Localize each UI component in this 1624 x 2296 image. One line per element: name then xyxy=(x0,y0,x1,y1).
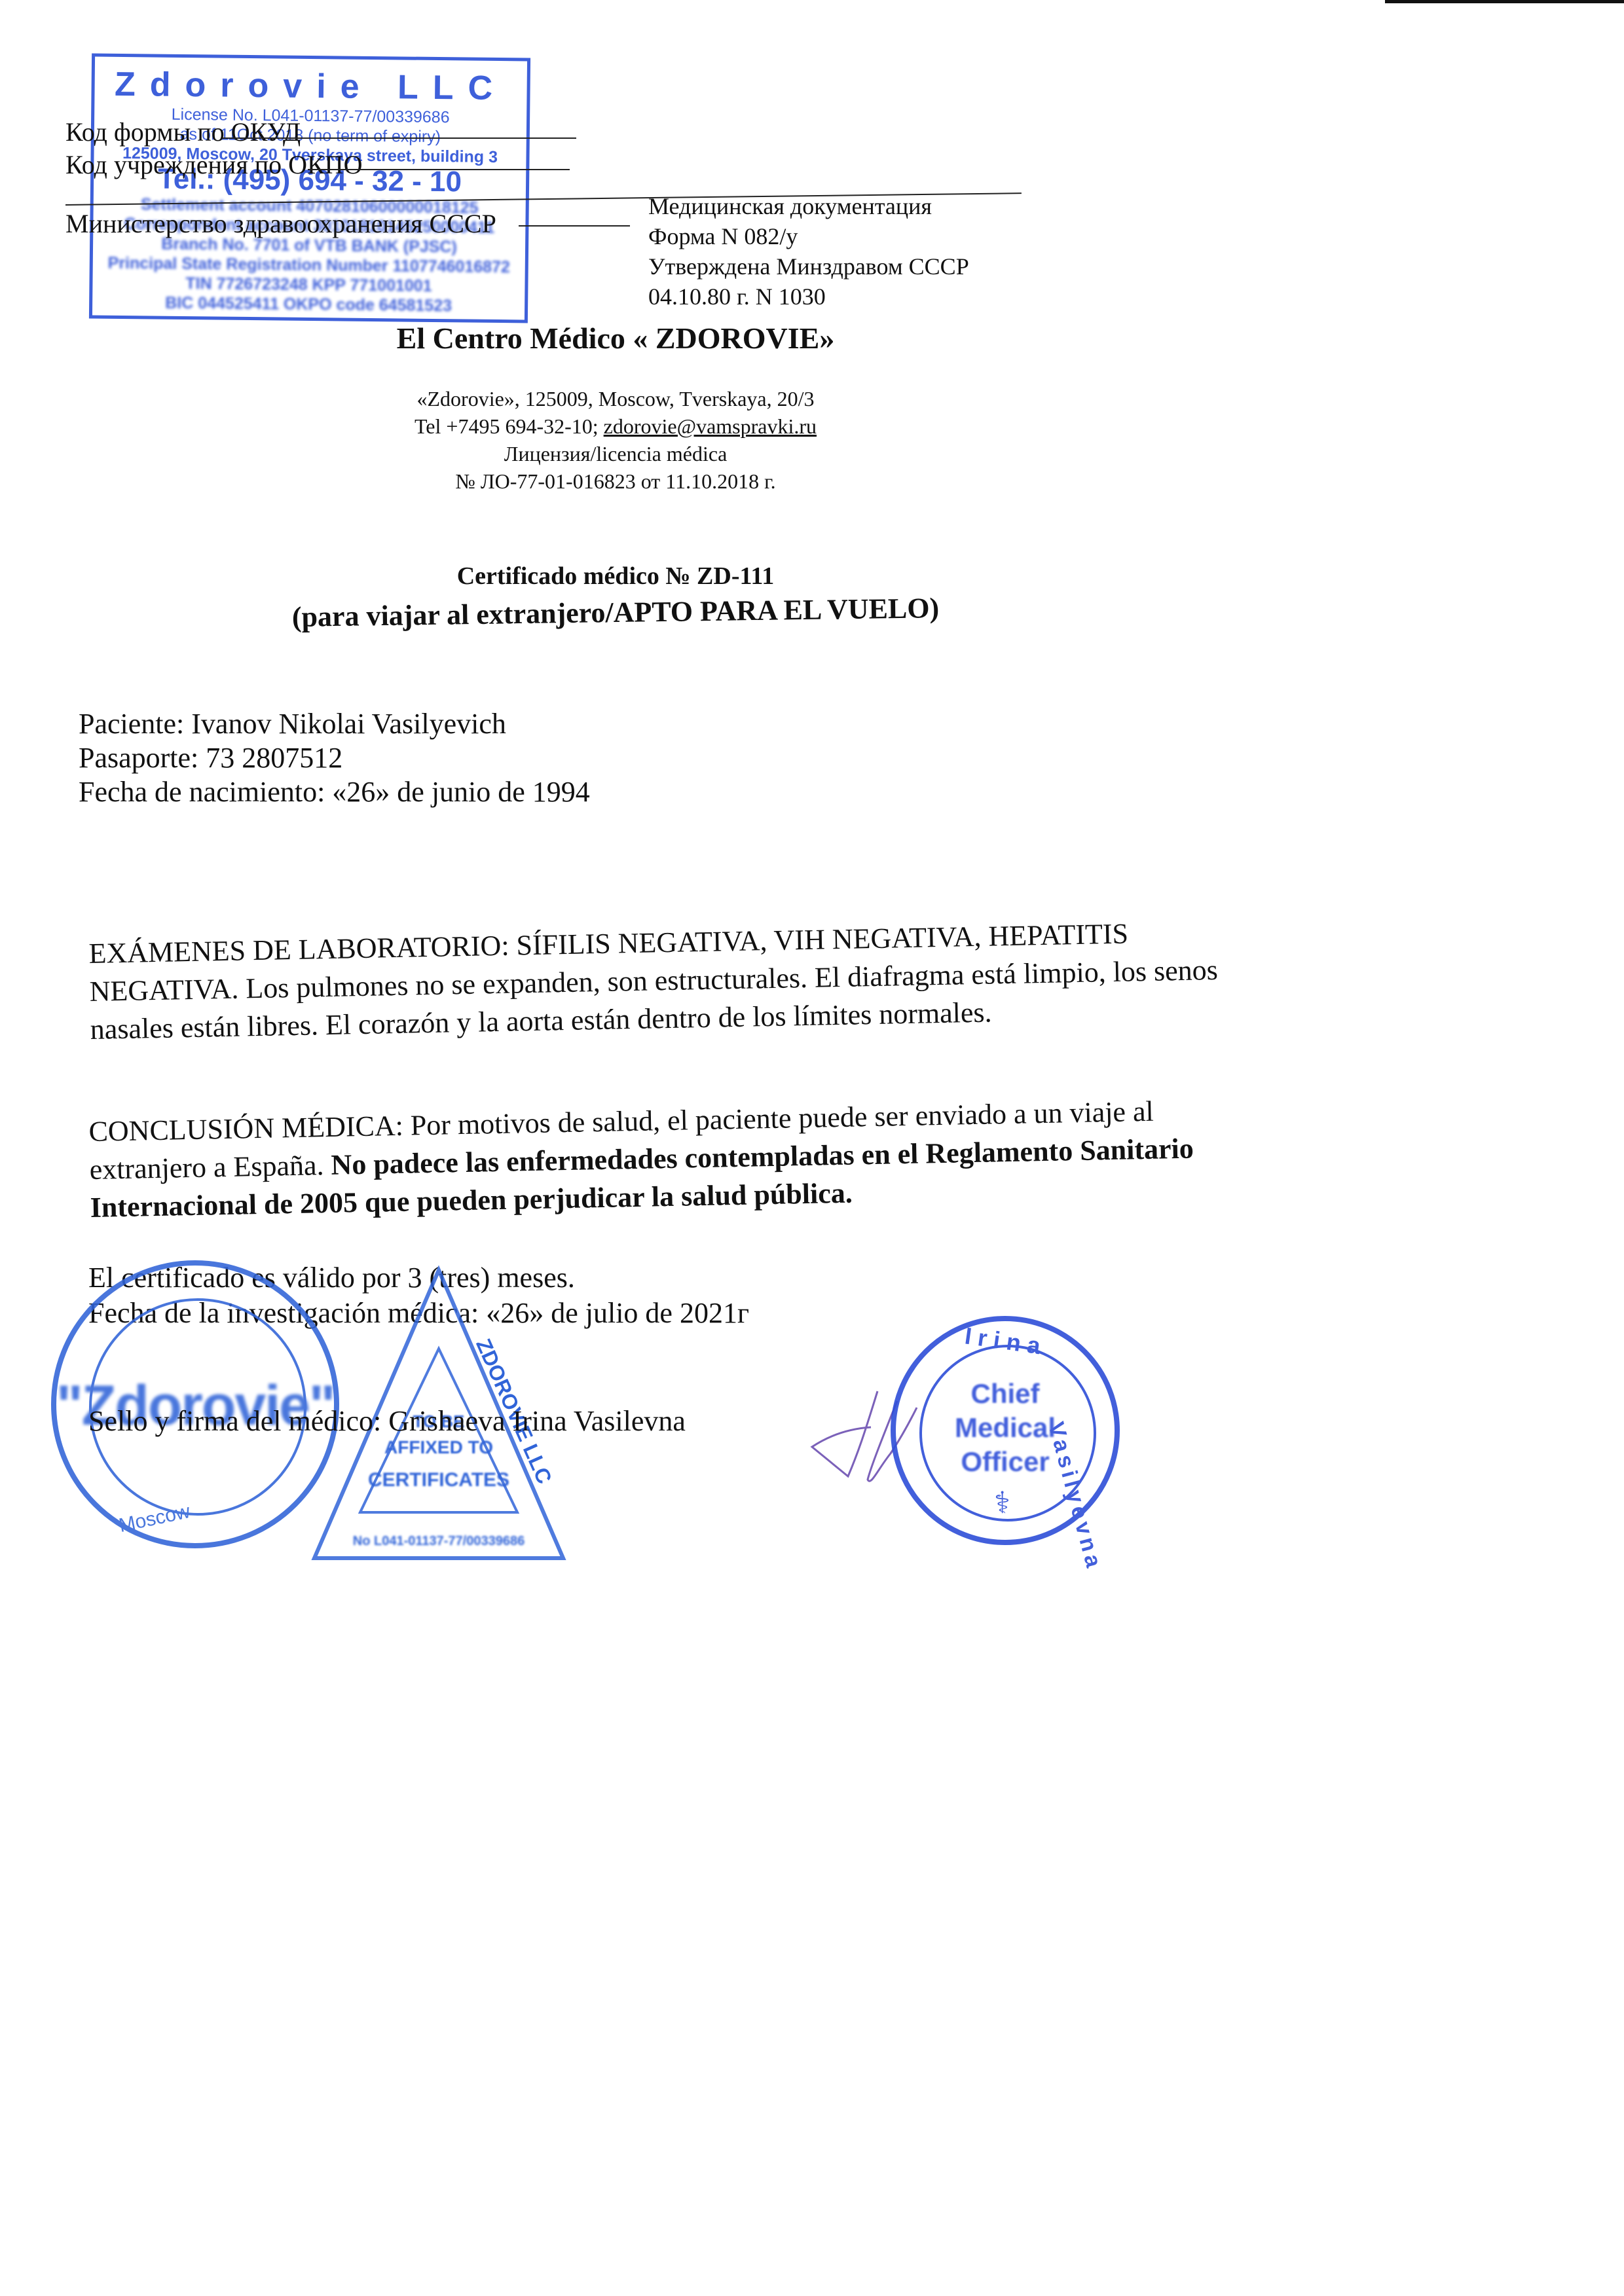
form-info-line: Медицинская документация xyxy=(648,191,969,221)
okpo-label: Код учреждения по ОКПО xyxy=(65,149,362,180)
clinic-email-link[interactable]: zdorovie@vamspravki.ru xyxy=(604,414,817,438)
patient-name: Paciente: Ivanov Nikolai Vasilyevich xyxy=(79,707,590,741)
stamp-bic-okpo: BIC 044525411 OKPO code 64581523 xyxy=(92,293,525,317)
svg-text:No L041-01137-77/00339686: No L041-01137-77/00339686 xyxy=(353,1534,525,1548)
form-info-line: 04.10.80 г. N 1030 xyxy=(648,282,969,312)
medical-conclusion: CONCLUSIÓN MÉDICA: Por motivos de salud,… xyxy=(88,1090,1269,1227)
clinic-address-block: «Zdorovie», 125009, Moscow, Tverskaya, 2… xyxy=(0,385,1231,495)
clinic-license-number: № ЛО-77-01-016823 от 11.10.2018 г. xyxy=(0,467,1231,495)
svg-text:CERTIFICATES: CERTIFICATES xyxy=(368,1469,509,1491)
company-rectangular-stamp: Zdorovie LLC License No. L041-01137-77/0… xyxy=(89,54,530,323)
certificate-subtitle: (para viajar al extranjero/APTO PARA EL … xyxy=(0,587,1231,638)
ministry-rule xyxy=(519,225,630,227)
clinic-license-label: Лицензия/licencia médica xyxy=(0,440,1231,467)
doctor-stamp-role: Chief Medical Officer xyxy=(896,1377,1115,1479)
patient-passport: Pasaporte: 73 2807512 xyxy=(79,741,590,775)
clinic-title: El Centro Médico « ZDOROVIE» xyxy=(0,321,1231,355)
doctor-signature-line: Sello y firma del médico: Grishaeva Irin… xyxy=(88,1404,686,1438)
certificate-title: Certificado médico № ZD-111 xyxy=(0,562,1231,591)
svg-text:AFFIXED TO: AFFIXED TO xyxy=(384,1437,493,1457)
lab-results: EXÁMENES DE LABORATORIO: SÍFILIS NEGATIV… xyxy=(88,912,1269,1049)
stamp-company-name: Zdorovie LLC xyxy=(94,65,527,109)
clinic-phone: Tel +7495 694-32-10; xyxy=(415,414,604,438)
form-info-line: Форма N 082/у xyxy=(648,221,969,251)
clinic-address: «Zdorovie», 125009, Moscow, Tverskaya, 2… xyxy=(0,385,1231,412)
caduceus-icon: ⚕ xyxy=(994,1485,1010,1520)
okud-label: Код формы по ОКУД xyxy=(65,117,301,147)
patient-dob: Fecha de nacimiento: «26» de junio de 19… xyxy=(79,775,590,809)
okud-rule xyxy=(223,137,576,139)
clinic-contacts: Tel +7495 694-32-10; zdorovie@vamspravki… xyxy=(0,412,1231,440)
scan-edge-rule xyxy=(1385,0,1624,3)
ministry-label: Министерство здравоохранения СССР xyxy=(65,208,496,239)
form-info-line: Утверждена Минздравом СССР xyxy=(648,251,969,282)
form-info-block: Медицинская документация Форма N 082/у У… xyxy=(648,191,969,312)
patient-info: Paciente: Ivanov Nikolai Vasilyevich Pas… xyxy=(79,707,590,809)
chief-medical-officer-stamp: Irina Vasilyevna Chief Medical Officer ⚕ xyxy=(891,1316,1120,1545)
okpo-rule xyxy=(308,169,570,170)
